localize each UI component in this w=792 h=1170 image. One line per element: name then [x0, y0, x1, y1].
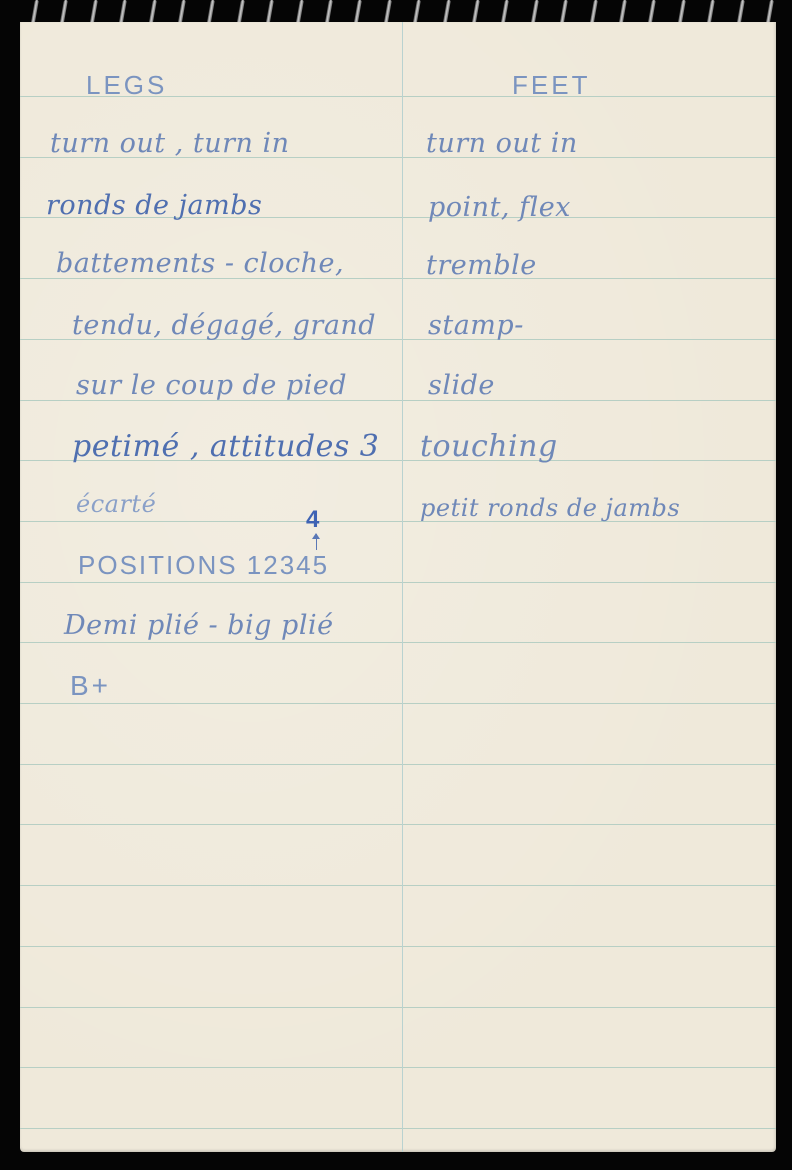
ruled-line	[20, 764, 776, 765]
annotation-four: 4	[306, 506, 319, 534]
legs-entry-9: Demi plié - big plié	[64, 612, 334, 639]
feet-entry-4: stamp-	[428, 312, 524, 339]
ruled-line	[20, 1007, 776, 1008]
legs-entry-5: sur le coup de pied	[76, 372, 347, 399]
legs-entry-4: tendu, dégagé, grand	[72, 312, 376, 339]
column-divider	[402, 22, 403, 1152]
feet-entry-3: tremble	[426, 252, 537, 279]
feet-heading: FEET	[512, 72, 590, 98]
ruled-line	[20, 824, 776, 825]
feet-entry-2: point, flex	[428, 194, 571, 221]
annotation-arrow-icon	[316, 534, 317, 550]
ruled-line	[20, 703, 776, 704]
notebook-page: LEGS turn out , turn in ronds de jambs b…	[20, 22, 776, 1152]
feet-entry-6: touching	[420, 432, 558, 462]
ruled-line	[20, 946, 776, 947]
feet-entry-1: turn out in	[426, 130, 578, 157]
legs-entry-2: ronds de jambs	[46, 192, 262, 219]
legs-heading: LEGS	[86, 72, 167, 98]
legs-entry-7: écarté	[76, 492, 156, 516]
feet-entry-7: petit ronds de jambs	[420, 496, 680, 520]
ruled-line	[20, 1128, 776, 1129]
ruled-line	[20, 1067, 776, 1068]
legs-entry-3: battements - cloche,	[56, 250, 344, 277]
legs-entry-6: petimé , attitudes 3	[72, 432, 379, 462]
feet-entry-5: slide	[428, 372, 495, 399]
legs-entry-8: POSITIONS 12345	[78, 552, 329, 578]
legs-entry-10: B+	[70, 672, 111, 700]
ruled-line	[20, 582, 776, 583]
ruled-line	[20, 642, 776, 643]
ruled-line	[20, 885, 776, 886]
legs-entry-1: turn out , turn in	[50, 130, 290, 157]
